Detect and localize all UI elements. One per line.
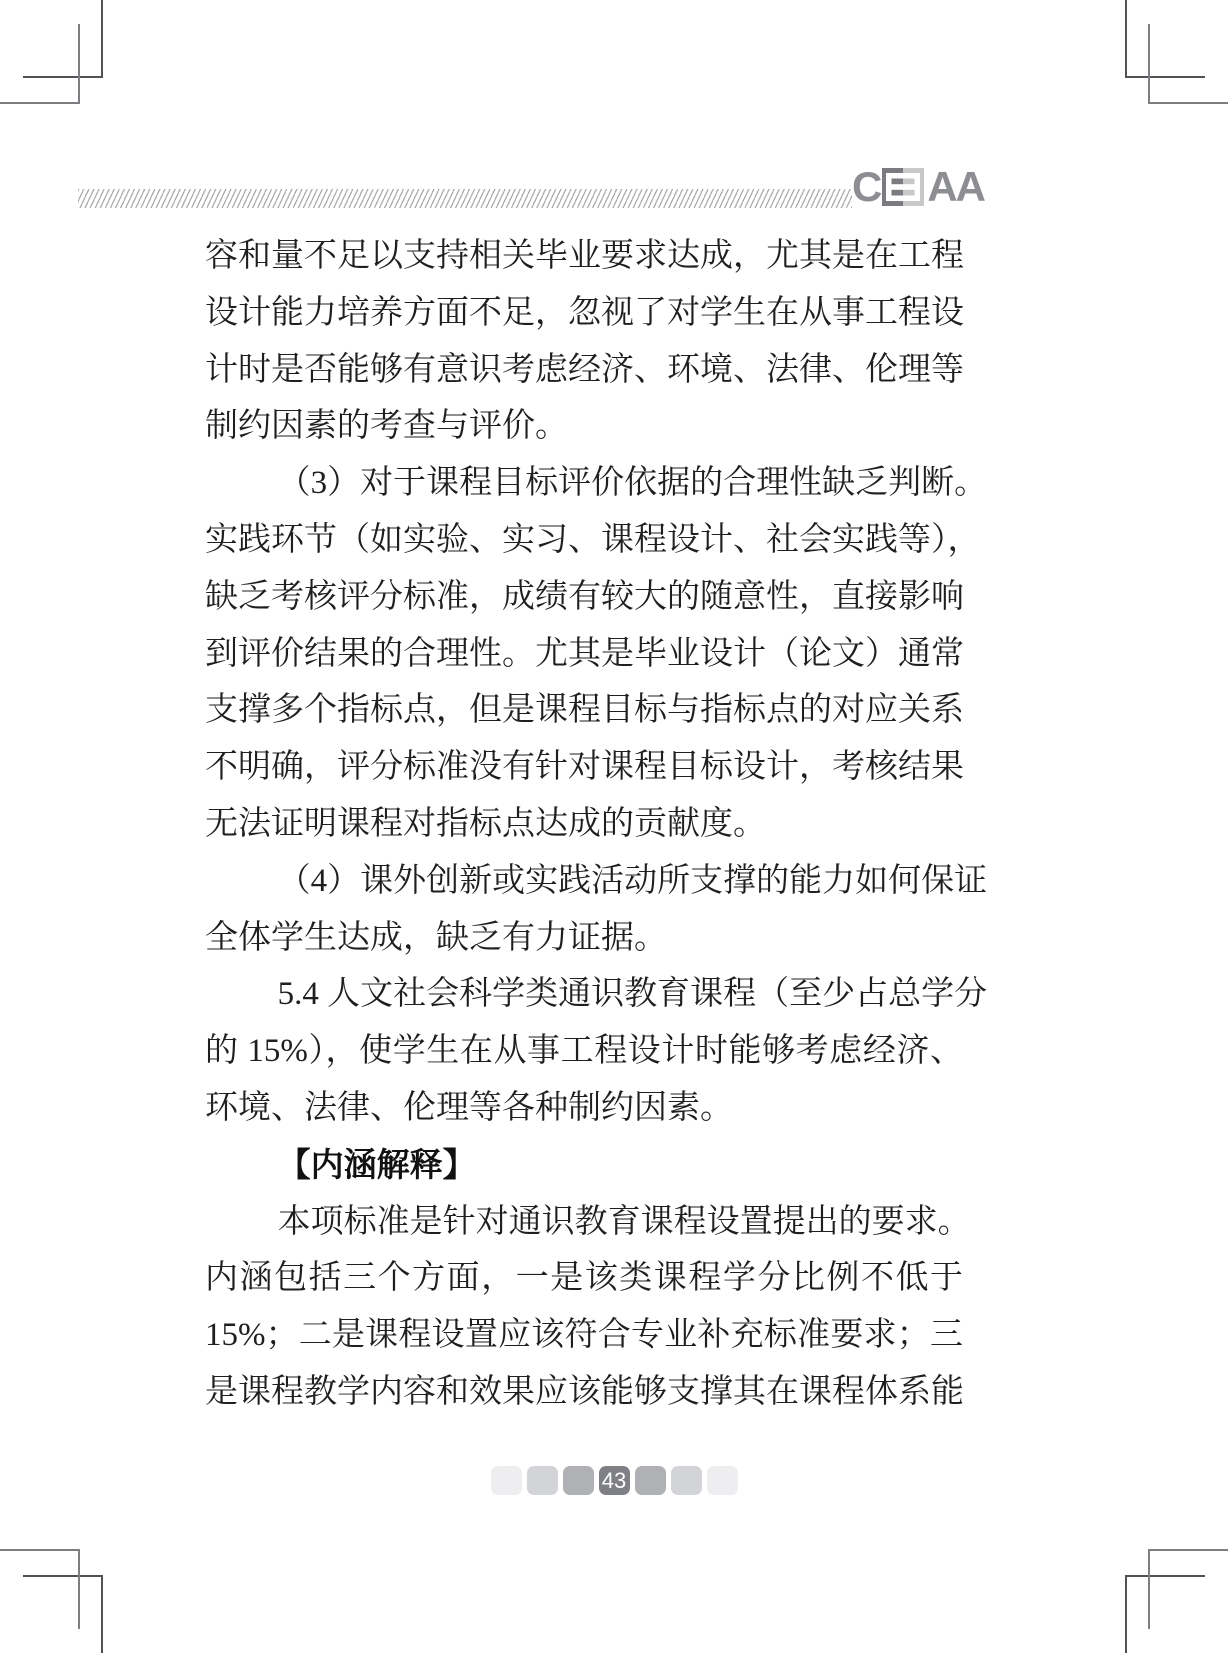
logo-letter-c: C [852,166,881,208]
section-heading: 【内涵解释】 [205,1137,963,1194]
footer-square [527,1466,558,1495]
text-line: 是课程教学内容和效果应该能够支撑其在课程体系能 [205,1364,963,1421]
page-number-square: 43 [599,1466,630,1495]
page-footer: 43 [0,1466,1228,1495]
section-number-line: 5.4 人文社会科学类通识教育课程（至少占总学分 [205,966,963,1023]
text-line: 缺乏考核评分标准，成绩有较大的随意性，直接影响 [205,569,963,626]
footer-square [491,1466,522,1495]
body-text: 容和量不足以支持相关毕业要求达成，尤其是在工程 设计能力培养方面不足，忽视了对学… [205,228,963,1421]
logo-letters-aa: AA [927,166,984,208]
text-line: 全体学生达成，缺乏有力证据。 [205,910,963,967]
book-page: C AA 容和量不足以支持相关毕业要求达成，尤其是在工程 设计能力培养方面不足，… [0,0,1228,1653]
text-line: 设计能力培养方面不足，忽视了对学生在从事工程设 [205,285,963,342]
text-line: 计时是否能够有意识考虑经济、环境、法律、伦理等 [205,342,963,399]
text-line: 容和量不足以支持相关毕业要求达成，尤其是在工程 [205,228,963,285]
text-line: （4）课外创新或实践活动所支撑的能力如何保证 [205,853,963,910]
ceeaa-logo: C AA [852,166,984,208]
text-line: 环境、法律、伦理等各种制约因素。 [205,1080,963,1137]
hatch-band [78,189,852,208]
text-line: 本项标准是针对通识教育课程设置提出的要求。 [205,1194,963,1251]
text-line: 15%；二是课程设置应该符合专业补充标准要求；三 [205,1307,963,1364]
text-line: 制约因素的考查与评价。 [205,398,963,455]
footer-square [707,1466,738,1495]
footer-square [671,1466,702,1495]
text-line: 不明确，评分标准没有针对课程目标设计，考核结果 [205,739,963,796]
text-line: 到评价结果的合理性。尤其是毕业设计（论文）通常 [205,626,963,683]
text-line: 支撑多个指标点，但是课程目标与指标点的对应关系 [205,682,963,739]
text-line: 内涵包括三个方面，一是该类课程学分比例不低于 [205,1250,963,1307]
footer-square [635,1466,666,1495]
text-line: 实践环节（如实验、实习、课程设计、社会实践等）， [205,512,963,569]
text-line: （3）对于课程目标评价依据的合理性缺乏判断。 [205,455,963,512]
footer-square [563,1466,594,1495]
text-line: 的 15%），使学生在从事工程设计时能够考虑经济、 [205,1023,963,1080]
page-number: 43 [602,1470,626,1492]
logo-ee-block-icon [882,168,924,206]
text-line: 无法证明课程对指标点达成的贡献度。 [205,796,963,853]
